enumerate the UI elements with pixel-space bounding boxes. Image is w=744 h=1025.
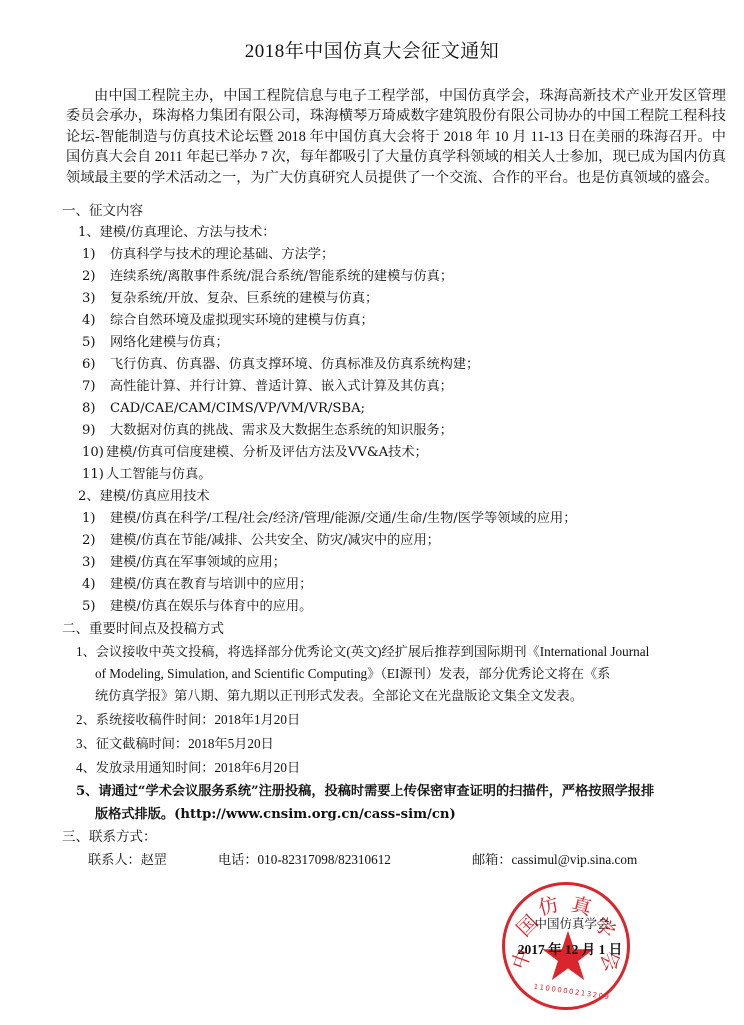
list-item: 3)建模/仿真在军事领域的应用；	[82, 554, 682, 572]
submission-info-line: of Modeling, Simulation, and Scientific …	[95, 665, 610, 683]
list-item: 2)建模/仿真在节能/减排、公共安全、防灾/减灾中的应用；	[82, 532, 682, 550]
contact-person: 联系人：赵罡	[88, 851, 167, 869]
notice-page: 2018年中国仿真大会征文通知 由中国工程院主办，中国工程院信息与电子工程学部，…	[0, 0, 744, 1025]
list-item: 9)大数据对仿真的挑战、需求及大数据生态系统的知识服务；	[82, 422, 682, 440]
document-title: 2018年中国仿真大会征文通知	[0, 36, 744, 63]
list-item: 5)建模/仿真在娱乐与体育中的应用。	[82, 598, 682, 616]
seal-org-text: 中国仿真学会	[522, 914, 622, 932]
subsection-heading-applications: 2、建模/仿真应用技术	[78, 488, 210, 506]
intro-line: 委员会承办，珠海格力集团有限公司，珠海横琴万琦威数字建筑股份有限公司协办的中国工…	[66, 108, 726, 124]
intro-line: 由中国工程院主办，中国工程院信息与电子工程学部，中国仿真学会，珠海高新技术产业开…	[94, 88, 726, 104]
list-item: 6)飞行仿真、仿真器、仿真支撑环境、仿真标准及仿真系统构建；	[82, 356, 682, 374]
list-item: 10)建模/仿真可信度建模、分析及评估方法及VV&A技术；	[82, 444, 682, 462]
date-notification: 4、发放录用通知时间：2018年6月20日	[76, 759, 300, 777]
contact-phone: 电话：010-82317098/82310612	[218, 851, 391, 869]
submission-instruction-line: 5、请通过“学术会议服务系统”注册投稿，投稿时需要上传保密审查证明的扫描件，严格…	[76, 783, 654, 801]
seal-date: 2017 年 12 月 1 日	[510, 938, 630, 958]
subsection-heading-theory: 1、建模/仿真理论、方法与技术：	[78, 224, 275, 242]
submission-info-line: 1、会议接收中英文投稿，将选择部分优秀论文(英文)经扩展后推荐到国际期刊《Int…	[76, 643, 649, 661]
list-item: 11)人工智能与仿真。	[82, 466, 682, 484]
list-item: 5)网络化建模与仿真；	[82, 334, 682, 352]
submission-info-line: 统仿真学报》第八期、第九期以正刊形式发表。全部论文在光盘版论文集全文发表。	[95, 687, 583, 705]
list-item: 1)仿真科学与技术的理论基础、方法学；	[82, 246, 682, 264]
list-item: 4)建模/仿真在教育与培训中的应用；	[82, 576, 682, 594]
official-seal: 中 国 仿 真 学 会 中国仿真学会 2017 年 12 月 1 日 11000…	[492, 880, 642, 1020]
intro-line: 国仿真大会自 2011 年起已举办 7 次，每年都吸引了大量仿真学科领域的相关人…	[66, 149, 712, 165]
list-item: 7)高性能计算、并行计算、普适计算、嵌入式计算及其仿真；	[82, 378, 682, 396]
section-heading-submission-topics: 一、征文内容	[62, 202, 143, 220]
list-item: 2)连续系统/离散事件系统/混合系统/智能系统的建模与仿真；	[82, 268, 682, 286]
section-heading-dates-submission: 二、重要时间点及投稿方式	[62, 620, 224, 638]
date-system-open: 2、系统接收稿件时间：2018年1月20日	[76, 711, 300, 729]
section-heading-contact: 三、联系方式：	[62, 828, 157, 846]
list-item: 4)综合自然环境及虚拟现实环境的建模与仿真；	[82, 312, 682, 330]
date-deadline: 3、征文截稿时间：2018年5月20日	[76, 735, 274, 753]
list-item: 1)建模/仿真在科学/工程/社会/经济/管理/能源/交通/生命/生物/医学等领域…	[82, 510, 682, 528]
contact-email[interactable]: 邮箱：cassimul@vip.sina.com	[472, 851, 637, 869]
list-item: 8)CAD/CAE/CAM/CIMS/VP/VM/VR/SBA;	[82, 400, 682, 418]
intro-paragraph: 由中国工程院主办，中国工程院信息与电子工程学部，中国仿真学会，珠海高新技术产业开…	[66, 86, 726, 188]
list-item: 3)复杂系统/开放、复杂、巨系统的建模与仿真；	[82, 290, 682, 308]
intro-line: 论坛-智能制造与仿真技术论坛暨 2018 年中国仿真大会将于 2018 年 10…	[66, 129, 726, 145]
submission-url-line[interactable]: 版格式排版。(http://www.cnsim.org.cn/cass-sim/…	[95, 806, 456, 824]
